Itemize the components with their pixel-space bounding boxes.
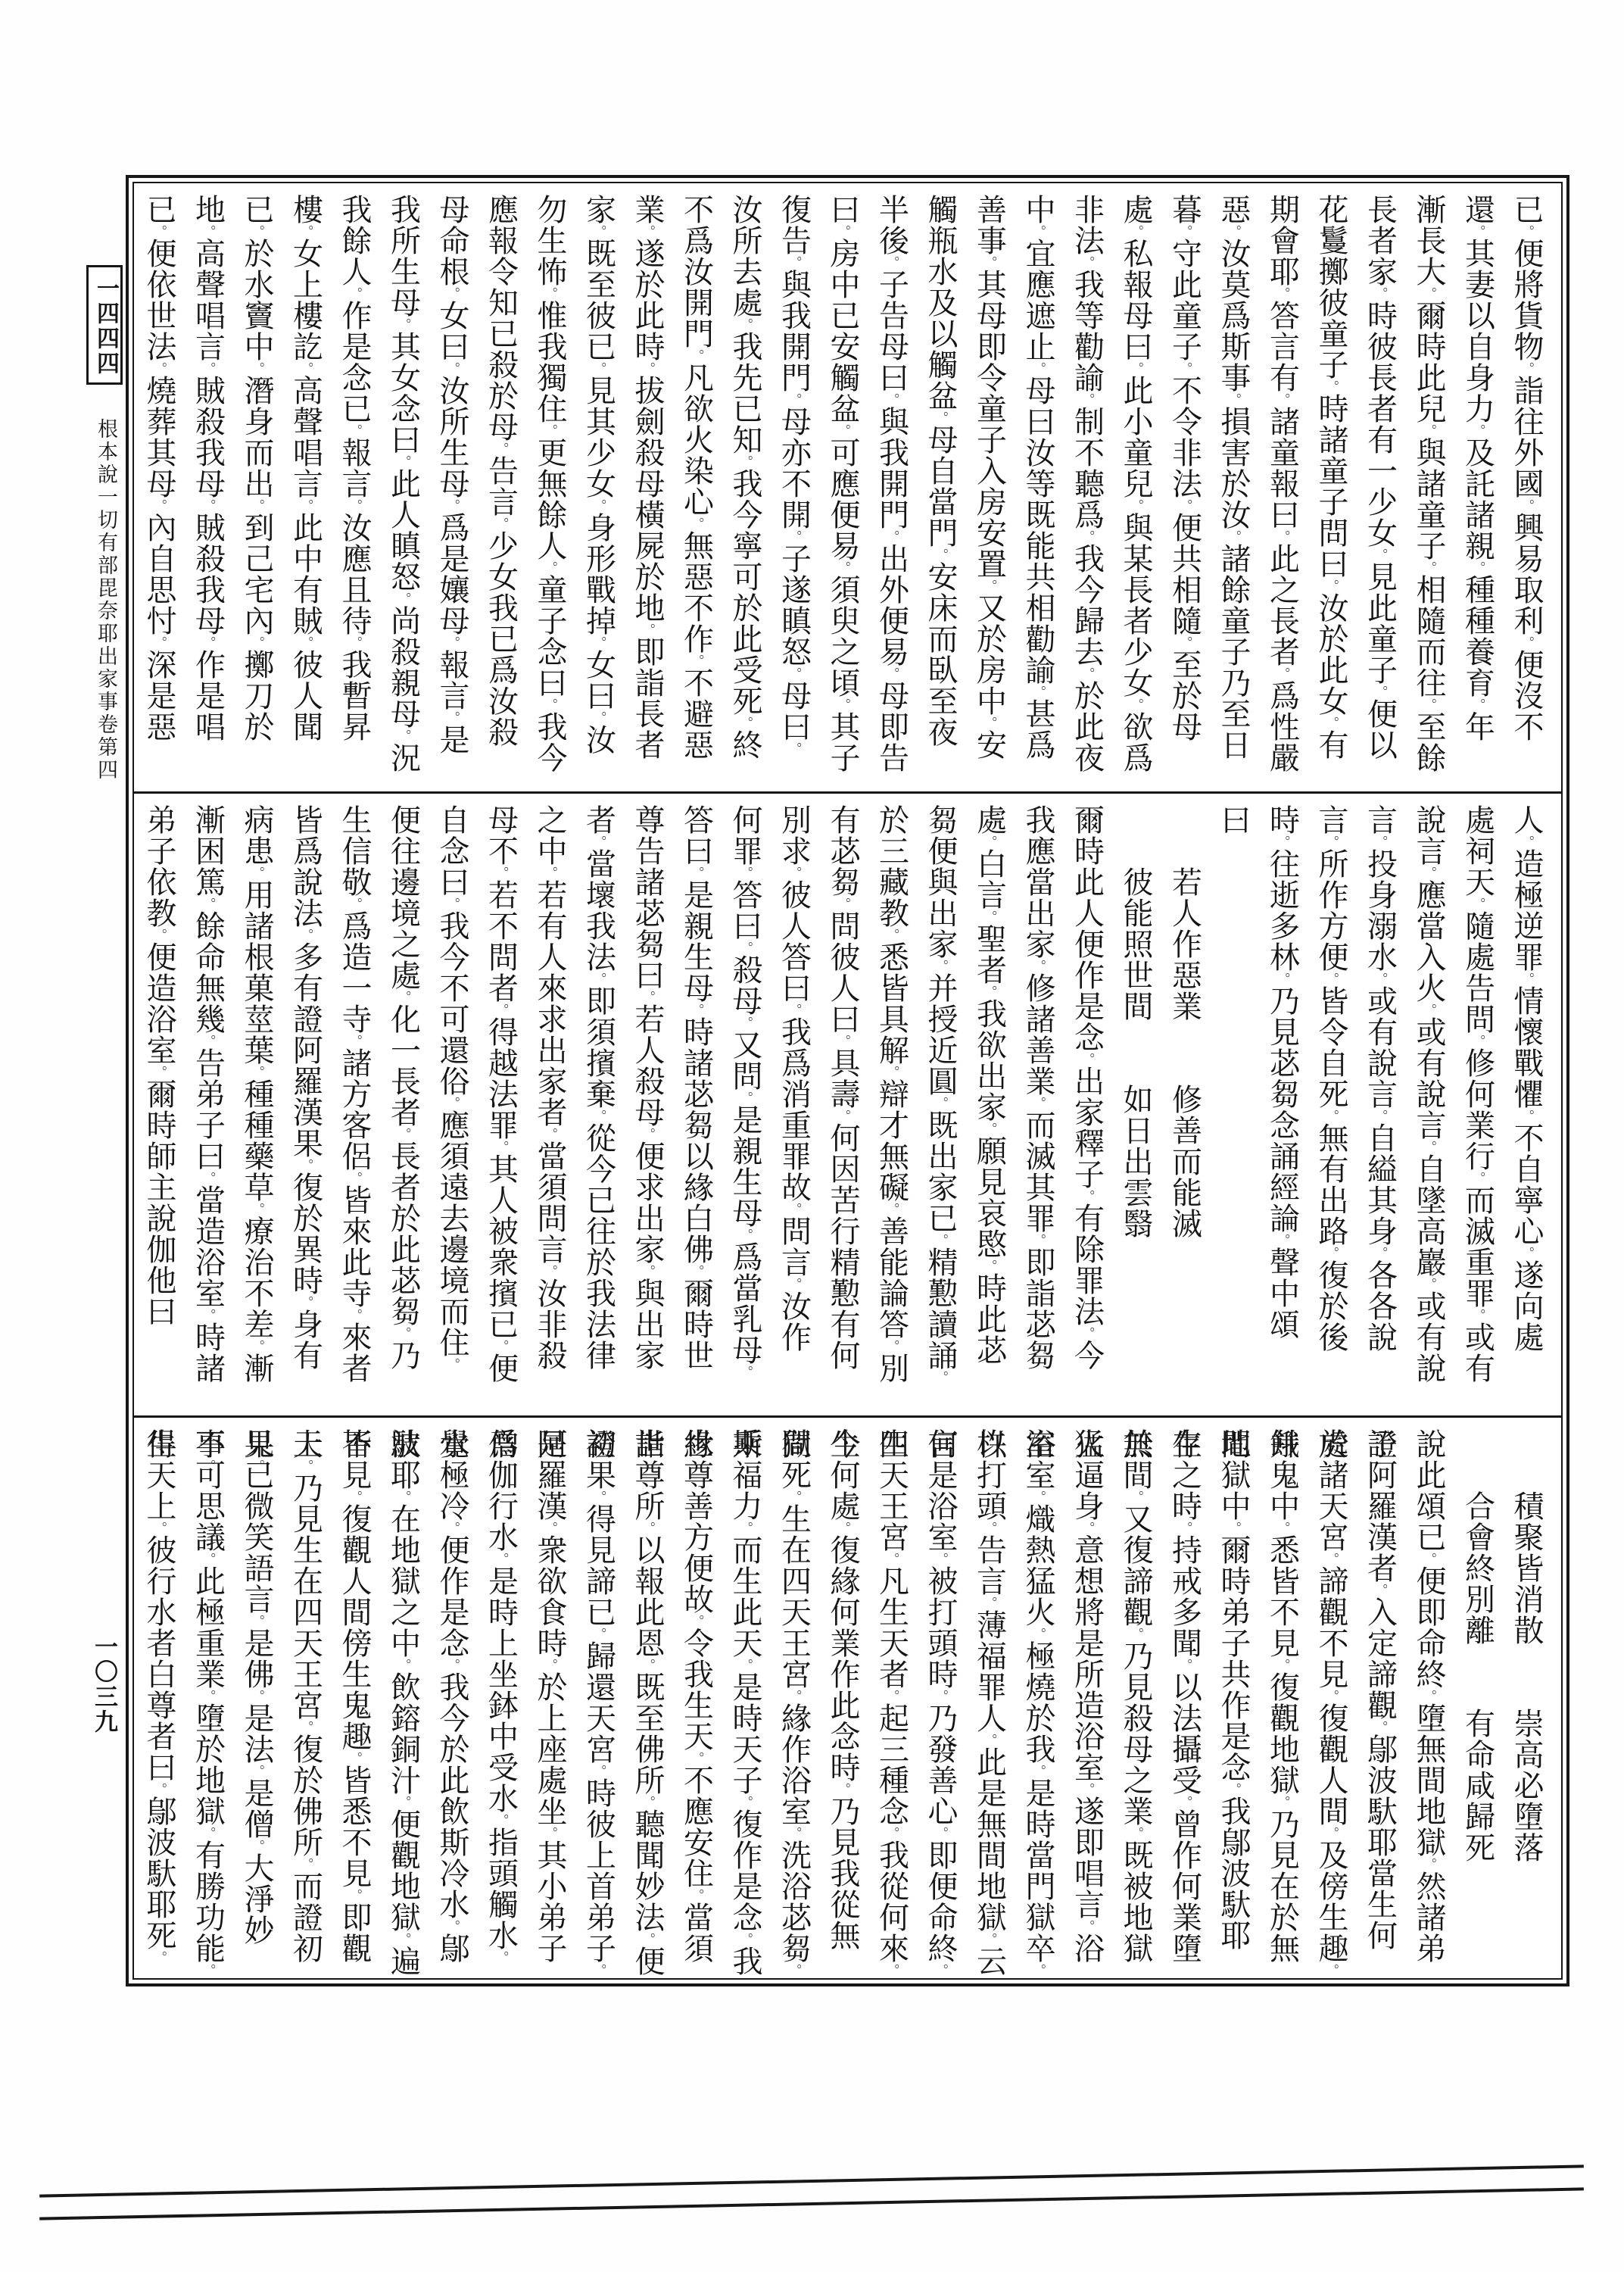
text-column: 我應當出家。修諸善業。而滅其罪。即詣苾芻 — [1014, 804, 1063, 1415]
text-column: 觸瓶水及以觸盆。母自當門。安床而臥至夜 — [916, 194, 965, 791]
text-column: 惡。汝莫爲斯事。損害於汝。諸餘童子乃至日 — [1209, 194, 1258, 791]
text-column: 獄死。生在四天王宮。緣作浴室。洗浴苾芻。乘 — [769, 1428, 818, 1978]
text-column: 業。遂於此時。拔劍殺母橫屍於地。即詣長者 — [623, 194, 672, 791]
text-column: 上。乃見生在四天王宮。復於佛所。而證初果。 — [281, 1428, 330, 1978]
text-column: 漸長大。爾時此兒。與諸童子。相隨而往。至餘 — [1404, 194, 1454, 791]
canon-title: 根本說一切有部毘奈耶出家事卷第四 — [90, 418, 120, 782]
text-column: 不可思議。此極重業。墮於地獄。有勝功能。得 — [183, 1428, 232, 1978]
text-column: 時。往逝多林。乃見苾芻念誦經論。聲中頌 — [1258, 804, 1307, 1415]
text-column: 火逼身。意想將是所造浴室。遂即唱言。浴室 — [1062, 1428, 1111, 1978]
text-column: 之中。若有人來求出家者。當須問言。汝非殺 — [525, 804, 575, 1415]
text-column: 證阿羅漢者。入定諦觀。鄔波馱耶當生何處。 — [1355, 1428, 1404, 1978]
text-column: 不見。復觀人間傍生鬼趣。皆悉不見。即觀天 — [330, 1428, 379, 1978]
text-column: 杵打頭。告言。薄福罪人。此是無間地獄。云何 — [965, 1428, 1014, 1978]
text-column: 初果。得見諦已。歸還天宮。時彼上首弟子。是 — [574, 1428, 623, 1978]
text-column: 弟子依教。便造浴室。爾時師主說伽他曰 — [135, 804, 184, 1415]
text-column: 已。於水竇中。潛身而出。到己宅內。擲刀於 — [232, 194, 282, 791]
taisho-text-number-label: 一四四四 — [86, 265, 123, 385]
text-column: 存之時。持戒多聞。以法攝受。曾作何業墮於 — [1160, 1428, 1209, 1978]
text-column: 處。私報母曰。此小童兒。與某長者少女。欲爲 — [1111, 194, 1161, 791]
text-column: 我餘人。作是念已。報言。汝應且待。我暫昇 — [330, 194, 379, 791]
text-column: 無間。又復諦觀。乃見殺母之業。既被地獄猛 — [1111, 1428, 1161, 1978]
text-column: 說言。應當入火。或有說言。自墜高巖。或有說 — [1404, 804, 1454, 1415]
page-number: 一〇三九 — [88, 1634, 120, 1734]
text-column: 浴室。熾熱猛火。極燒於我。是時當門獄卒。以 — [1014, 1428, 1063, 1978]
text-column: 地。高聲唱言。賊殺我母。賊殺我母。作是唱 — [183, 194, 232, 791]
text-column: 漸困篤。餘命無幾。告弟子曰。當造浴室。時諸 — [183, 804, 232, 1415]
text-column: 有苾芻。問彼人曰。具壽。何因苦行精懃有何 — [818, 804, 868, 1415]
text-column: 地獄中。爾時弟子共作是念。我鄔波馱耶生 — [1209, 1428, 1258, 1978]
text-column: 彼能照世間 如日出雲翳 — [1111, 804, 1161, 1415]
text-column: 水極冷。便作是念。我今於此飲斯冷水。鄔波 — [428, 1428, 477, 1978]
text-column: 言。投身溺水。或有說言。自縊其身。各各說 — [1355, 804, 1404, 1415]
text-column: 家。既至彼已。見其少女。身形戰掉。女曰。汝 — [574, 194, 623, 791]
text-column: 善事。其母即令童子入房安置。又於房中。安 — [965, 194, 1014, 791]
text-column: 不爲汝開門。凡欲火染心。無惡不作。不避惡 — [672, 194, 721, 791]
text-column: 長者家。時彼長者有一少女。見此童子。便以 — [1355, 194, 1404, 791]
text-column: 期會耶。答言有。諸童報曰。此之長者。爲性嚴 — [1258, 194, 1307, 791]
text-frame: 已。便將貨物。詣往外國。興易取利。便沒不還。其妻以自身力。及託諸親。種種養育。年… — [126, 175, 1569, 1986]
text-column: 曰。房中已安觸盆。可應便易。須臾之頃。其子 — [818, 194, 868, 791]
text-column: 生信敬。爲造一寺。諸方客侶。皆來此寺。來者 — [330, 804, 379, 1415]
text-frame-inner-border: 已。便將貨物。詣往外國。興易取利。便沒不還。其妻以自身力。及託諸親。種種養育。年… — [132, 182, 1563, 1980]
text-column: 汝所去處。我先已知。我今寧可於此受死。終 — [721, 194, 770, 791]
text-column: 中。宜應遮止。母曰汝等既能共相勸諭。甚爲 — [1014, 194, 1063, 791]
text-column: 斯福力。而生此天。是時天子。復作是念。我緣 — [721, 1428, 770, 1978]
text-column: 皆爲說法。多有證阿羅漢果。復於異時。身有 — [281, 804, 330, 1415]
text-column: 暮。守此童子。不令非法。便共相隨。至於母 — [1160, 194, 1209, 791]
text-column: 生何處。復緣何業作此念時。乃見我從無間 — [818, 1428, 868, 1978]
text-column: 便往邊境之處。化一長者。長者於此苾芻。乃 — [379, 804, 428, 1415]
text-column: 言。所作方便。皆令自死。無有出路。復於後 — [1307, 804, 1356, 1415]
text-column: 合會終別離 有命咸歸死 — [1453, 1428, 1502, 1978]
text-column: 花鬘擲彼童子。時諸童子問曰。汝於此女。有 — [1307, 194, 1356, 791]
text-column: 於三藏教。悉皆具解。辯才無礙。善能論答。別 — [867, 804, 916, 1415]
text-column: 者。當壞我法。即須擯棄。從今已往於我法律 — [574, 804, 623, 1415]
text-column: 馱耶。在地獄之中。飲鎔銅汁。便觀地獄。遍皆 — [379, 1428, 428, 1978]
text-column: 還。其妻以自身力。及託諸親。種種養育。年 — [1453, 194, 1502, 791]
text-column: 已。便依世法。燒葬其母。內自思忖。深是惡 — [135, 194, 184, 791]
text-column: 四天王宮。凡生天者。起三種念。我從何來。今 — [867, 1428, 916, 1978]
text-column: 積聚皆消散 崇高必墮落 — [1502, 1428, 1551, 1978]
text-column: 勿生怖。惟我獨住。更無餘人。童子念曰。我今 — [525, 194, 575, 791]
register-middle: 人。造極逆罪。情懷戰懼。不自寧心。遂向處處祠天。隨處告問。修何業行。而滅重罪。或… — [134, 791, 1561, 1415]
text-column: 見已微笑語言。是佛。是法。是僧。大淨妙事。 — [232, 1428, 282, 1978]
text-column: 半後。子告母曰。與我開門。出外便易。母即告 — [867, 194, 916, 791]
text-column: 於諸天宮。諦觀不見。復觀人間。及傍生趣。幷 — [1307, 1428, 1356, 1978]
text-column: 阿羅漢。衆欲食時。於上座處坐。其小弟子爲 — [525, 1428, 575, 1978]
text-column: 樓。女上樓訖。高聲唱言。此中有賊。彼人聞 — [281, 194, 330, 791]
scanned-sutra-page: 一四四四 根本說一切有部毘奈耶出家事卷第四 一〇三九 已。便將貨物。詣往外國。興… — [0, 0, 1624, 2272]
text-column: 我所生母。其女念曰。此人瞋怒。尚殺親母。況 — [379, 194, 428, 791]
text-column: 非法。我等勸諭。制不聽爲。我今歸去。於此夜 — [1062, 194, 1111, 791]
text-column: 別求。彼人答曰。我爲消重罪故。問言。汝作 — [769, 804, 818, 1415]
register-upper: 已。便將貨物。詣往外國。興易取利。便沒不還。其妻以自身力。及託諸親。種種養育。年… — [134, 183, 1561, 791]
text-column: 人。造極逆罪。情懷戰懼。不自寧心。遂向處 — [1502, 804, 1551, 1415]
text-column: 處。白言。聖者。我欲出家。願見哀愍。時此苾 — [965, 804, 1014, 1415]
text-column: 僧伽行水。是時上坐鉢中受水。指頭觸水。覺 — [476, 1428, 525, 1978]
text-column: 母不。若不問者。得越法罪。其人被衆擯已。便 — [476, 804, 525, 1415]
text-column: 爾時此人便作是念。出家釋子。有除罪法。今 — [1062, 804, 1111, 1415]
text-column: 復告。與我開門。母亦不開。子遂瞋怒。母曰。 — [769, 194, 818, 791]
text-column: 言是浴室。被打頭時。乃發善心。即便命終。生 — [916, 1428, 965, 1978]
text-column: 已。便將貨物。詣往外國。興易取利。便沒不 — [1502, 194, 1551, 791]
text-column: 曰 — [1209, 804, 1258, 1415]
text-column: 若人作惡業 修善而能滅 — [1160, 804, 1209, 1415]
text-column: 何罪。答曰。殺母。又問。是親生母。爲當乳母。 — [721, 804, 770, 1415]
text-column: 世尊善方便故。令我生天。不應安住。當須詣 — [672, 1428, 721, 1978]
register-lower: 積聚皆消散 崇高必墮落 合會終別離 有命咸歸死說此頌已。便即命終。墮無間地獄。然… — [134, 1415, 1561, 1978]
text-column: 說此頌已。便即命終。墮無間地獄。然諸弟子 — [1404, 1428, 1454, 1978]
text-column: 生天上。彼行水者白尊者曰。鄔波馱耶死。得 — [135, 1428, 184, 1978]
text-column: 尊告諸苾芻曰。若人殺母。便求出家。與出家 — [623, 804, 672, 1415]
text-column: 處祠天。隨處告問。修何業行。而滅重罪。或有 — [1453, 804, 1502, 1415]
text-column: 應報令知已殺於母。告言。少女我已爲汝殺 — [476, 194, 525, 791]
text-column: 答曰。是親生母。時諸苾芻以緣白佛。爾時世 — [672, 804, 721, 1415]
text-column: 自念曰。我今不可還俗。應須遠去邊境而住。 — [428, 804, 477, 1415]
text-column: 母命根。女曰。汝所生母。爲是孃母。報言。是 — [428, 194, 477, 791]
text-column: 芻便與出家。并授近圓。既出家已。精懃讀誦。 — [916, 804, 965, 1415]
text-column: 世尊所。以報此恩。既至佛所。聽聞妙法。便證 — [623, 1428, 672, 1978]
text-column: 病患。用諸根菓莖葉。種種藥草。療治不差。漸 — [232, 804, 282, 1415]
text-column: 餓鬼中。悉皆不見。復觀地獄。乃見在於無間 — [1258, 1428, 1307, 1978]
